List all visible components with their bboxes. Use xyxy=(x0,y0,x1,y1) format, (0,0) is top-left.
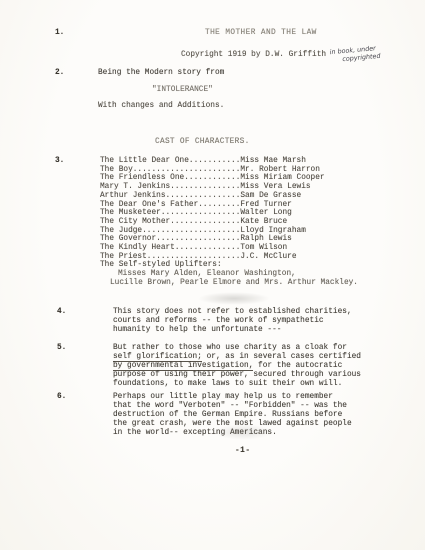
paragraph-line: courts and reforms -- the work of sympat… xyxy=(113,317,352,326)
paragraph-line: self glorification; or, as in several ca… xyxy=(113,353,361,362)
cast-list: The Little Dear One...........Miss Mae M… xyxy=(100,157,358,288)
paragraph-line: Perhaps our little play may help us to r… xyxy=(113,393,352,402)
paragraph-5: But rather to those who use charity as a… xyxy=(113,344,361,389)
cast-row: The Dear One's Father.........Fred Turne… xyxy=(100,201,358,210)
cast-heading: CAST OF CHARACTERS. xyxy=(155,138,250,147)
paragraph-line: foundations, to make laws to suit their … xyxy=(113,380,361,389)
uplifters-names-line-1: Misses Mary Alden, Eleanor Washington, xyxy=(118,270,358,279)
copyright-line: Copyright 1919 by D.W. Griffith xyxy=(181,51,326,60)
underlined-text: by governmental investigation, xyxy=(113,362,253,371)
paragraph-line: This story does not refer to established… xyxy=(113,308,352,317)
paragraph-6: Perhaps our little play may help us to r… xyxy=(113,393,352,438)
page-number: -1- xyxy=(235,447,251,456)
cast-row: The Friendless One............Miss Miria… xyxy=(100,174,358,183)
item-6-number: 6. xyxy=(57,393,66,402)
item-2-number: 2. xyxy=(55,69,64,78)
paragraph-line: that the word "Verboten" -- "Forbidden" … xyxy=(113,402,352,411)
uplifters-label: The Self-styled Uplifters: xyxy=(100,261,358,270)
item-5-number: 5. xyxy=(57,344,66,353)
item-4-number: 4. xyxy=(57,308,66,317)
paragraph-line: in the world-- excepting Americans. xyxy=(113,429,352,438)
subtitle-line-2: With changes and Additions. xyxy=(98,102,224,111)
handwritten-annotation: in book, undercopyrighted xyxy=(329,45,380,65)
item-1-number: 1. xyxy=(55,29,64,38)
paragraph-line: purpose of using their power, secured th… xyxy=(113,371,361,380)
uplifters-names-line-2: Lucille Brown, Pearle Elmore and Mrs. Ar… xyxy=(110,279,358,288)
cast-row: The Kindly Heart..............Tom Wilson xyxy=(100,244,358,253)
item-3-number: 3. xyxy=(55,157,64,166)
script-page: 1. THE MOTHER AND THE LAW Copyright 1919… xyxy=(0,0,425,550)
cast-row: Arthur Jenkins................Sam De Gra… xyxy=(100,192,358,201)
source-title: "INTOLERANCE" xyxy=(152,86,213,95)
paragraph-line: the great crash, were the most lawed aga… xyxy=(113,420,352,429)
paragraph-line: But rather to those who use charity as a… xyxy=(113,344,361,353)
paragraph-line: destruction of the German Empire. Russia… xyxy=(113,411,352,420)
cast-row: The Musketeer.................Walter Lon… xyxy=(100,209,358,218)
paragraph-line: by governmental investigation, for the a… xyxy=(113,362,361,371)
cast-row: The Governor..................Ralph Lewi… xyxy=(100,235,358,244)
paragraph-4: This story does not refer to established… xyxy=(113,308,352,335)
subtitle-line-1: Being the Modern story from xyxy=(98,69,224,78)
cast-row: Mary T. Jenkins...............Miss Vera … xyxy=(100,183,358,192)
cast-rows: The Little Dear One...........Miss Mae M… xyxy=(100,157,358,261)
underlined-text: self glorification; xyxy=(113,353,202,362)
scan-smudge xyxy=(198,292,270,305)
handwritten-line-2: copyrighted xyxy=(342,52,381,63)
paragraph-line: humanity to help the unfortunate --- xyxy=(113,326,352,335)
page-title: THE MOTHER AND THE LAW xyxy=(205,29,317,38)
cast-row: The Little Dear One...........Miss Mae M… xyxy=(100,157,358,166)
cast-row: The City Mother...............Kate Bruce xyxy=(100,218,358,227)
